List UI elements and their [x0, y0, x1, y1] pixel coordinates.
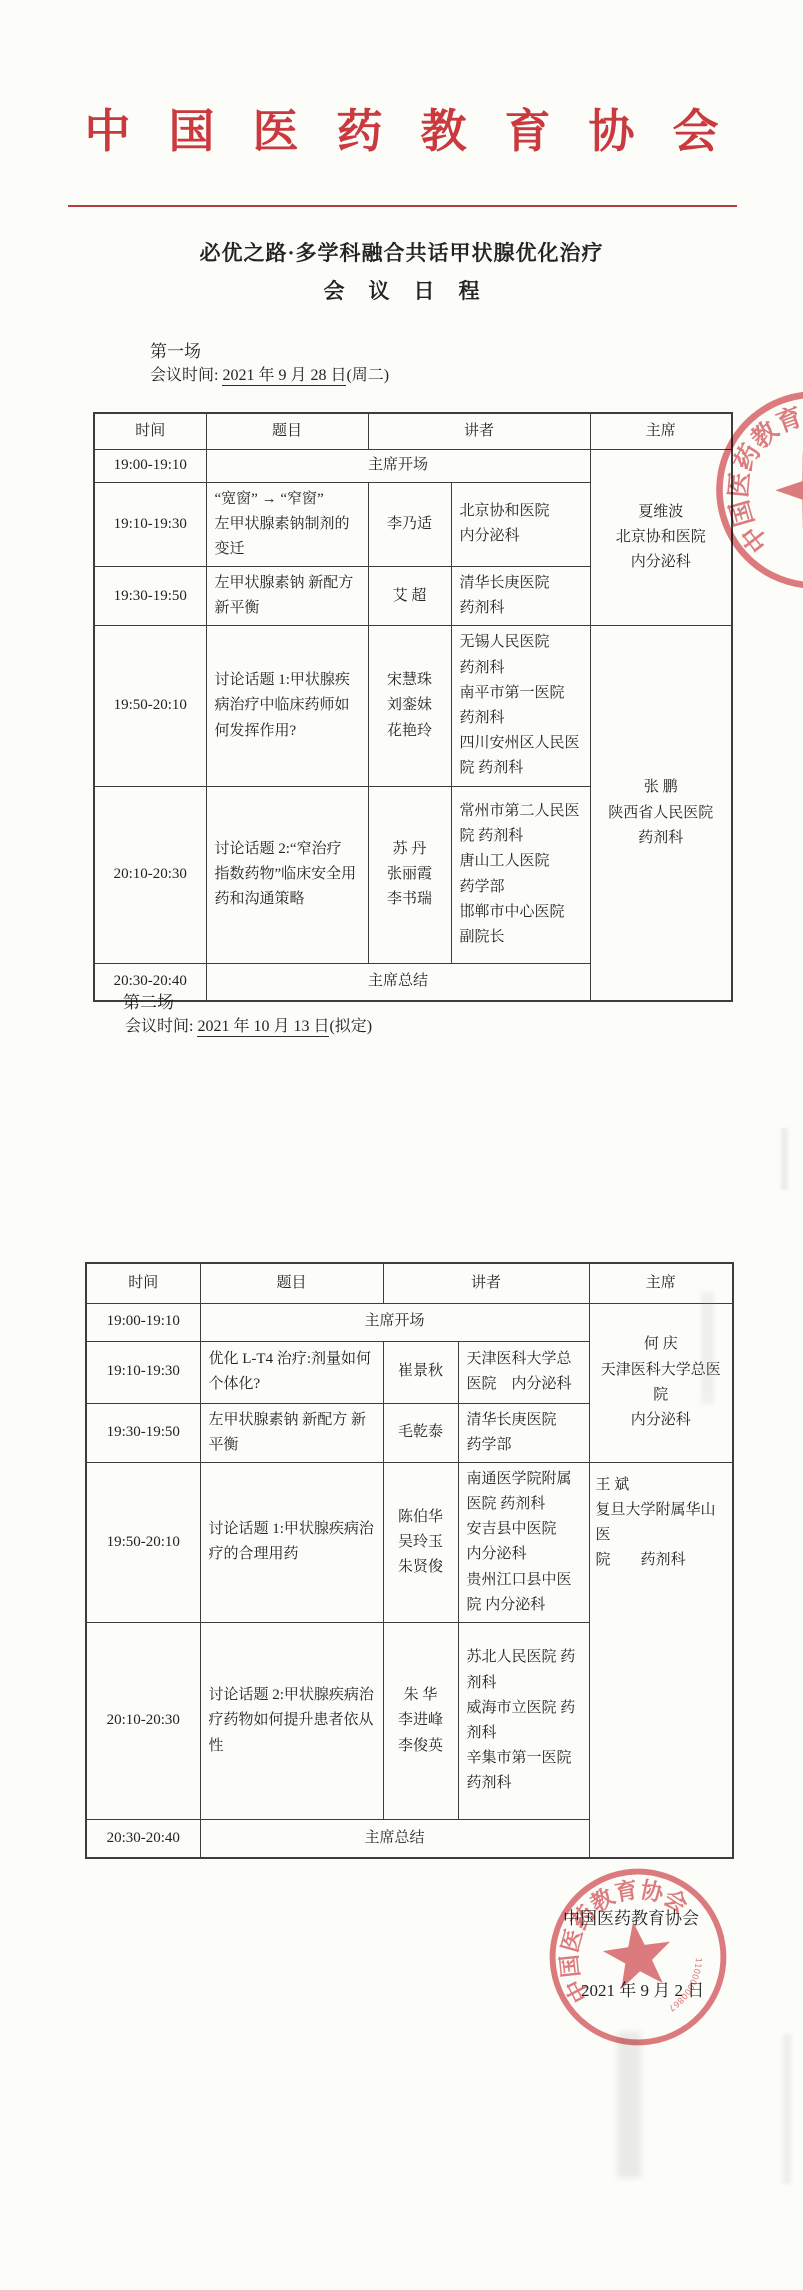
speaker-cell: 崔景秋 [383, 1341, 458, 1403]
scanned-conference-agenda-page: { "colors":{"accent_red":"#c9393e","rule… [0, 0, 803, 2290]
affiliation-cell: 无锡人民医院 药剂科 南平市第一医院 药剂科 四川安州区人民医 院 药剂科 [451, 626, 590, 786]
time-cell: 19:00-19:10 [86, 1303, 200, 1341]
opening-cell: 主席开场 [200, 1303, 589, 1341]
col-header-chair: 主席 [590, 413, 732, 449]
speaker-cell: 李乃适 [368, 482, 451, 567]
session-1-agenda-table: 时间 题目 讲者 主席 19:00-19:10 主席开场 夏维波 北京协和医院 … [93, 412, 733, 1002]
topic-cell: 左甲状腺素钠 新配方 新平衡 [206, 567, 368, 626]
affiliation-cell: 常州市第二人民医 院 药剂科 唐山工人医院 药学部 邯郸市中心医院 副院长 [451, 786, 590, 963]
closing-cell: 主席总结 [200, 1820, 589, 1858]
topic-cell: 讨论话题 1:甲状腺疾病治 疗的合理用药 [200, 1462, 383, 1622]
col-header-speaker: 讲者 [368, 413, 590, 449]
topic-cell: “宽窗” → “窄窗” 左甲状腺素钠制剂的 变迁 [206, 482, 368, 567]
table-row: 19:00-19:10 主席开场 夏维波 北京协和医院 内分泌科 [94, 449, 732, 482]
topic-cell: 讨论话题 2:“窄治疗 指数药物”临床安全用 药和沟通策略 [206, 786, 368, 963]
time-cell: 20:10-20:30 [86, 1623, 200, 1820]
chair-cell: 夏维波 北京协和医院 内分泌科 [590, 449, 732, 626]
scan-smudge [783, 2034, 791, 2184]
document-subtitle: 会议日程 [0, 275, 803, 305]
session-1-date-note: (周二) [346, 367, 389, 384]
col-header-time: 时间 [94, 413, 206, 449]
affiliation-cell: 南通医学院附属 医院 药剂科 安吉县中医院 内分泌科 贵州江口县中医 院 内分泌… [458, 1462, 589, 1622]
affiliation-cell: 清华长庚医院 药剂科 [451, 567, 590, 626]
footer-org-name: 中国医药教育协会 [563, 1904, 699, 1929]
session-2-agenda-table: 时间 题目 讲者 主席 19:00-19:10 主席开场 何 庆 天津医科大学总… [85, 1262, 734, 1859]
session-1-date: 2021 年 9 月 28 日 [222, 367, 346, 386]
session-2-date-note: (拟定) [329, 1018, 372, 1035]
scan-smudge [781, 1128, 788, 1190]
table-header-row: 时间 题目 讲者 主席 [94, 413, 732, 449]
session-1-time-prefix: 会议时间: [150, 367, 218, 384]
scan-smudge [617, 2032, 641, 2178]
affiliation-cell: 天津医科大学总 医院 内分泌科 [458, 1341, 589, 1403]
closing-cell: 主席总结 [206, 963, 590, 1001]
speaker-cell: 陈伯华 吴玲玉 朱贤俊 [383, 1462, 458, 1622]
time-cell: 19:30-19:50 [86, 1403, 200, 1462]
col-header-topic: 题目 [206, 413, 368, 449]
topic-cell: 讨论话题 2:甲状腺疾病治 疗药物如何提升患者依从 性 [200, 1623, 383, 1820]
session-2-time: 会议时间: 2021 年 10 月 13 日(拟定) [125, 1013, 372, 1036]
table-row: 19:50-20:10 讨论话题 1:甲状腺疾病治 疗的合理用药 陈伯华 吴玲玉… [86, 1462, 733, 1622]
speaker-cell: 毛乾泰 [383, 1403, 458, 1462]
speaker-cell: 艾 超 [368, 567, 451, 626]
session-2-date: 2021 年 10 月 13 日 [197, 1018, 329, 1037]
chair-cell: 王 斌 复旦大学附属华山医 院 药剂科 [589, 1462, 733, 1857]
topic-cell: 左甲状腺素钠 新配方 新 平衡 [200, 1403, 383, 1462]
time-cell: 19:30-19:50 [94, 567, 206, 626]
session-1-time: 会议时间: 2021 年 9 月 28 日(周二) [150, 362, 389, 385]
time-cell: 20:10-20:30 [94, 786, 206, 963]
footer-date: 2021 年 9 月 2 日 [581, 1976, 704, 2001]
time-cell: 19:50-20:10 [94, 626, 206, 786]
letterhead-divider-line [68, 205, 737, 207]
topic-cell: 优化 L-T4 治疗:剂量如何 个体化? [200, 1341, 383, 1403]
document-title: 必优之路·多学科融合共话甲状腺优化治疗 [0, 237, 803, 267]
col-header-topic: 题目 [200, 1263, 383, 1303]
topic-cell: 讨论话题 1:甲状腺疾 病治疗中临床药师如 何发挥作用? [206, 626, 368, 786]
org-letterhead-title: 中国医药教育协会 [0, 95, 803, 161]
col-header-chair: 主席 [589, 1263, 733, 1303]
session-1-label: 第一场 [150, 337, 201, 362]
affiliation-cell: 北京协和医院 内分泌科 [451, 482, 590, 567]
opening-cell: 主席开场 [206, 449, 590, 482]
speaker-cell: 朱 华 李进峰 李俊英 [383, 1623, 458, 1820]
col-header-time: 时间 [86, 1263, 200, 1303]
affiliation-cell: 清华长庚医院 药学部 [458, 1403, 589, 1462]
session-2-label: 第二场 [123, 988, 174, 1013]
time-cell: 19:50-20:10 [86, 1462, 200, 1622]
time-cell: 19:10-19:30 [94, 482, 206, 567]
chair-cell: 张 鹏 陕西省人民医院 药剂科 [590, 626, 732, 1001]
table-row: 19:00-19:10 主席开场 何 庆 天津医科大学总医院 内分泌科 [86, 1303, 733, 1341]
seal-star-icon [767, 441, 803, 533]
table-row: 19:50-20:10 讨论话题 1:甲状腺疾 病治疗中临床药师如 何发挥作用?… [94, 626, 732, 786]
table-header-row: 时间 题目 讲者 主席 [86, 1263, 733, 1303]
speaker-cell: 苏 丹 张丽霞 李书瑞 [368, 786, 451, 963]
session-2-time-prefix: 会议时间: [125, 1018, 193, 1035]
chair-cell: 何 庆 天津医科大学总医院 内分泌科 [589, 1303, 733, 1462]
speaker-cell: 宋慧珠 刘銮妹 花艳玲 [368, 626, 451, 786]
col-header-speaker: 讲者 [383, 1263, 589, 1303]
time-cell: 19:00-19:10 [94, 449, 206, 482]
affiliation-cell: 苏北人民医院 药 剂科 威海市立医院 药 剂科 辛集市第一医院 药剂科 [458, 1623, 589, 1820]
time-cell: 20:30-20:40 [86, 1820, 200, 1858]
association-seal-stamp-bottom: 中国医药教育协会 11000000867 [533, 1852, 743, 2062]
time-cell: 19:10-19:30 [86, 1341, 200, 1403]
